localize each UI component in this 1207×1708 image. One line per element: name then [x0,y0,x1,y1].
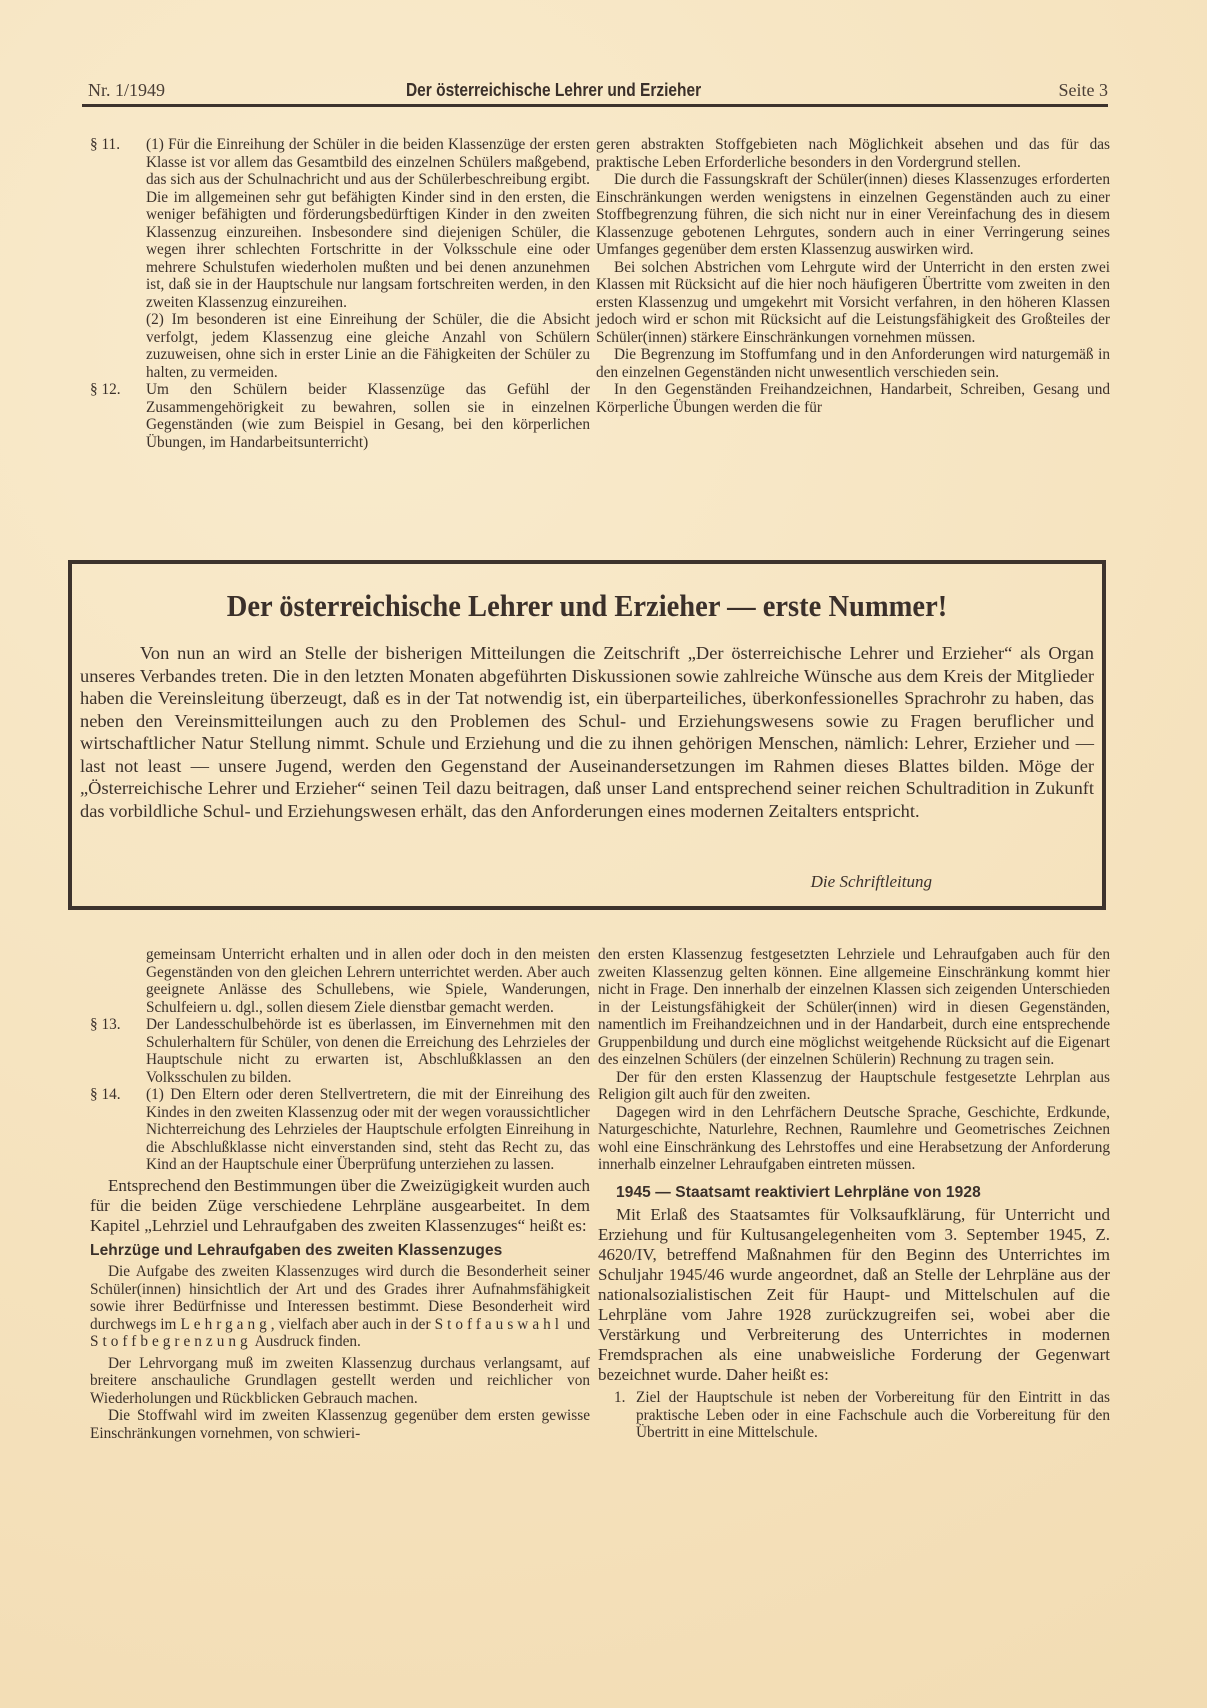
publication-title: Der österreichische Lehrer und Erzieher [406,80,701,101]
text-run: Ausdruck finden. [252,1333,361,1350]
list-item: 1. Ziel der Hauptschule ist neben der Vo… [598,1389,1110,1442]
section-11-paragraph-2: (2) Im besonderen ist eine Einreihung de… [146,311,590,381]
section-13-text: Der Landesschulbehörde ist es überlassen… [146,1016,590,1086]
text-run: und [563,1316,590,1333]
paragraph: Mit Erlaß des Staatsamtes für Volksaufkl… [598,1205,1110,1385]
section-12: § 12. Um den Schülern beider Klassenzüge… [90,381,590,451]
paragraph: Dagegen wird in den Lehrfächern Deutsche… [598,1104,1110,1174]
paragraph-aufgabe: Die Aufgabe des zweiten Klassenzuges wir… [90,1263,590,1351]
section-11: § 11. (1) Für die Einreihung der Schüler… [90,136,590,381]
paragraph: Entsprechend den Bestimmungen über die Z… [90,1176,590,1236]
paragraph: Der Lehrvorgang muß im zweiten Klassenzu… [90,1355,590,1408]
section-12-continued-text: gemeinsam Unterricht erhalten und in all… [146,946,590,1016]
section-12-continued: gemeinsam Unterricht erhalten und in all… [90,946,590,1016]
text-run: , vielfach aber auch in der [271,1316,435,1333]
list-item-text: Ziel der Hauptschule ist neben der Vorbe… [636,1389,1110,1442]
column-bottom-left: gemeinsam Unterricht erhalten und in all… [90,946,590,1442]
section-number: § 13. [90,1016,121,1034]
paragraph: Die Stoffwahl wird im zweiten Klassenzug… [90,1407,590,1442]
column-top-right: geren abstrakten Stoffgebieten nach Mögl… [596,136,1110,416]
section-14: § 14. (1) Den Eltern oder deren Stellver… [90,1086,590,1174]
subheading: Lehrzüge und Lehraufgaben des zweiten Kl… [90,1242,590,1260]
column-top-left: § 11. (1) Für die Einreihung der Schüler… [90,136,590,451]
announcement-body: Von nun an wird an Stelle der bisherigen… [80,642,1094,822]
page-number: Seite 3 [1059,80,1109,101]
paragraph: den ersten Klassenzug festgesetzten Lehr… [598,946,1110,1069]
section-number: § 11. [90,136,120,154]
announcement-box: Der österreichische Lehrer und Erzieher … [68,560,1106,910]
list-number: 1. [614,1389,625,1407]
section-13: § 13. Der Landesschulbehörde ist es über… [90,1016,590,1086]
announcement-signature: Die Schriftleitung [811,872,932,892]
section-11-paragraph-1: (1) Für die Einreihung der Schüler in di… [146,136,590,311]
announcement-headline: Der österreichische Lehrer und Erzieher … [113,588,1061,624]
section-number: § 12. [90,381,121,399]
paragraph: Der für den ersten Klassenzug der Haupts… [598,1069,1110,1104]
section-14-text: (1) Den Eltern oder deren Stellvertreter… [146,1086,590,1174]
paragraph: In den Gegenständen Freihandzeichnen, Ha… [596,381,1110,416]
page-header: Nr. 1/1949 Der österreichische Lehrer un… [88,78,1108,106]
emphasis-spaced: Lehrgang [180,1316,270,1333]
paragraph: Die Begrenzung im Stoffumfang und in den… [596,346,1110,381]
subheading: 1945 — Staatsamt reaktiviert Lehrpläne v… [616,1184,1110,1202]
issue-number: Nr. 1/1949 [88,80,165,101]
emphasis-spaced: Stoffauswahl [435,1316,563,1333]
section-12-text: Um den Schülern beider Klassenzüge das G… [146,381,590,451]
emphasis-spaced: Stoffbegrenzung [90,1333,252,1350]
section-number: § 14. [90,1086,121,1104]
column-bottom-right: den ersten Klassenzug festgesetzten Lehr… [598,946,1110,1442]
paragraph: geren abstrakten Stoffgebieten nach Mögl… [596,136,1110,171]
paragraph: Bei solchen Abstrichen vom Lehrgute wird… [596,259,1110,347]
header-rule [82,104,1108,107]
paragraph: Die durch die Fassungskraft der Schüler(… [596,171,1110,259]
